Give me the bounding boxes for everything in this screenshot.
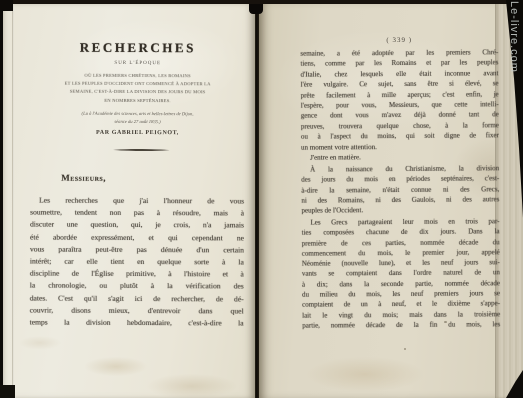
paragraph: Les Grecs partageaient leur mois en troi…	[301, 216, 500, 331]
paragraph: À la naissance du Christianisme, la divi…	[301, 163, 499, 216]
ink-speck	[444, 321, 447, 323]
paragraph: J'entre en matière.	[301, 152, 499, 161]
text-line: intérêt; car elle tient en quelque sorte…	[30, 256, 244, 269]
text-line: discipline de l'Église primitive, à l'hi…	[30, 268, 244, 281]
reading-note: (Lu à l'Académie des sciences, arts et b…	[29, 110, 245, 128]
book-scan: RECHERCHES SUR L'ÉPOQUE OÙ LES PREMIERS …	[0, 0, 523, 398]
text-line: dates. C'est qu'il s'agit ici de recherc…	[30, 292, 244, 305]
scan-corner	[0, 385, 15, 398]
text-line: discuter une question, qui, je crois, n'…	[30, 219, 244, 232]
text-line: un moment votre attention.	[301, 141, 499, 153]
paragraph: semaine, a été adoptée par les premiers …	[300, 47, 499, 152]
author-byline: PAR GABRIEL PEIGNOT,	[29, 130, 245, 137]
subtitle-small: SUR L'ÉPOQUE	[30, 61, 246, 67]
page-title: RECHERCHES	[30, 40, 246, 57]
text-line: soumettre, tendent non pas à résoudre, m…	[30, 207, 244, 220]
ornamental-rule	[113, 149, 169, 151]
subtitle-block: OÙ LES PREMIERS CHRÉTIENS, LES ROMAINSET…	[30, 72, 246, 106]
note-line: séance du 27 août 1835.)	[29, 118, 245, 127]
scan-edge-left	[0, 0, 3, 398]
page-gutter	[255, 0, 259, 398]
text-line: été abordée expressément, et qui cependa…	[30, 231, 244, 244]
scan-edge-top	[0, 0, 523, 4]
text-line: Les recherches que j'ai l'honneur de vou…	[30, 195, 244, 208]
text-line: ni des Romains, ni des Gaulois, ni des a…	[301, 194, 499, 206]
ink-speck	[404, 348, 406, 350]
right-page: ( 339 ) semaine, a été adoptée par les p…	[259, 3, 523, 398]
scan-corner	[0, 0, 13, 11]
salutation: Messieurs,	[61, 173, 106, 183]
text-line: couvrir, disons mieux, d'entrevoir dans …	[30, 304, 244, 317]
text-line: EN NOMBRES SEPTÉNAIRES.	[30, 96, 246, 105]
left-page: RECHERCHES SUR L'ÉPOQUE OÙ LES PREMIERS …	[2, 4, 255, 398]
watermark: Le-livre.com	[508, 1, 520, 131]
text-line: peuples de l'Occident.	[301, 204, 499, 216]
text-line: vous paraîtra peut-être pas dénuée d'un …	[30, 243, 244, 256]
text-line: la chronologie, ou plutôt à la vérificat…	[30, 280, 244, 293]
page-number: ( 339 )	[300, 35, 498, 44]
page-crease	[12, 4, 14, 398]
text-line: ou à l'aspect du moins, qui soit digne d…	[301, 131, 499, 143]
body-paragraph: Les recherches que j'ai l'honneur de vou…	[30, 195, 245, 330]
text-line: partie, nommée décade de la fin du mois,…	[302, 319, 500, 331]
text-line: temps la division hebdomadaire, c'est-à-…	[30, 317, 244, 330]
